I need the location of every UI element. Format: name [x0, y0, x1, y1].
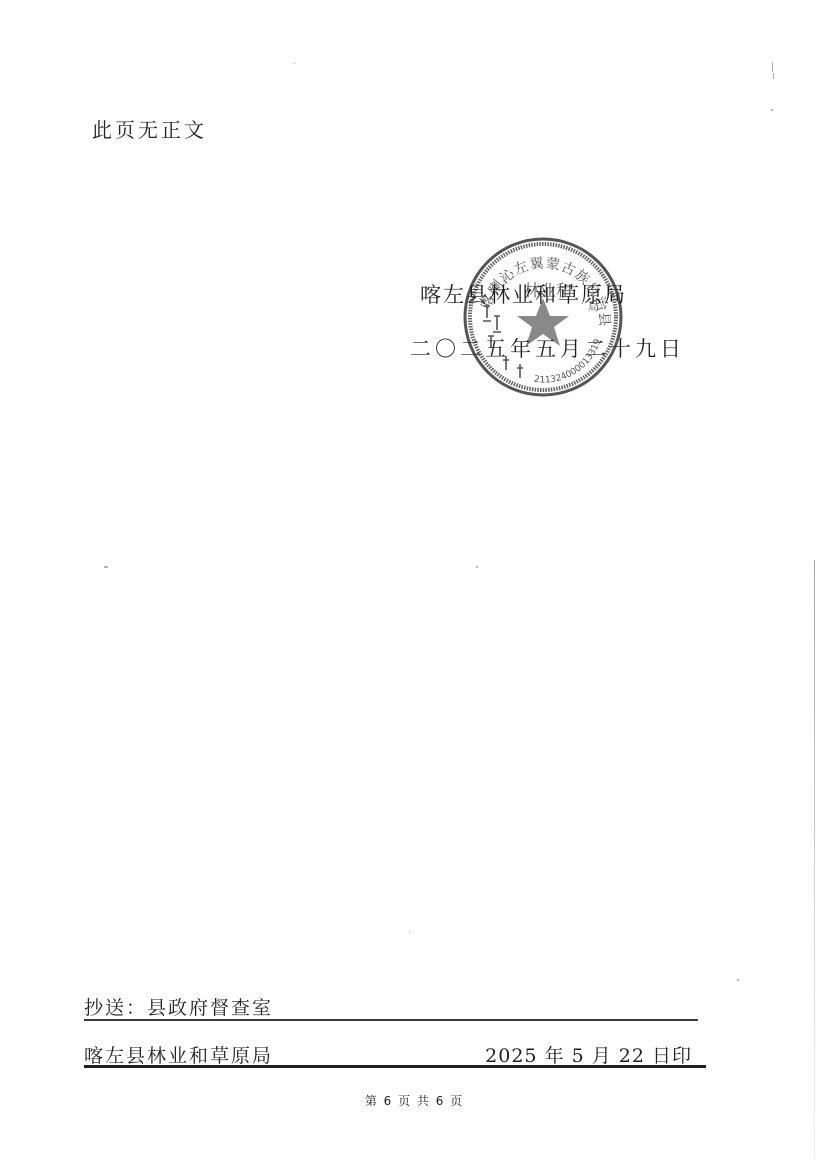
cc-line: 抄送：县政府督查室	[84, 993, 698, 1021]
scan-speck	[771, 109, 773, 111]
cc-label: 抄送：	[84, 997, 147, 1019]
scan-speck	[409, 932, 410, 933]
cc-recipient: 县政府督查室	[147, 997, 273, 1019]
scan-speck	[104, 566, 108, 568]
scan-edge-line	[814, 560, 815, 1160]
official-seal-icon: 喀喇沁左翼蒙古族自治县 林业和 局 211324000013319	[462, 236, 624, 398]
scan-speck	[737, 979, 739, 981]
page-number: 第 6 页 共 6 页	[0, 1092, 827, 1109]
issue-date: 二〇二五年五月二十九日	[410, 333, 685, 363]
issuer-name: 喀左县林业和草原局	[420, 279, 627, 309]
scan-mark	[772, 62, 773, 72]
scan-speck	[476, 566, 478, 568]
no-body-note: 此页无正文	[92, 114, 207, 143]
print-organization: 喀左县林业和草原局	[84, 1041, 273, 1068]
print-line: 喀左县林业和草原局 2025 年 5 月 22 日印	[84, 1041, 706, 1068]
document-page: 此页无正文 喀喇沁左翼蒙古族自治县 林业和 局 211324000013319 …	[0, 0, 827, 1169]
print-date: 2025 年 5 月 22 日印	[485, 1041, 692, 1068]
scan-speck	[294, 63, 295, 64]
scan-mark	[773, 73, 774, 79]
